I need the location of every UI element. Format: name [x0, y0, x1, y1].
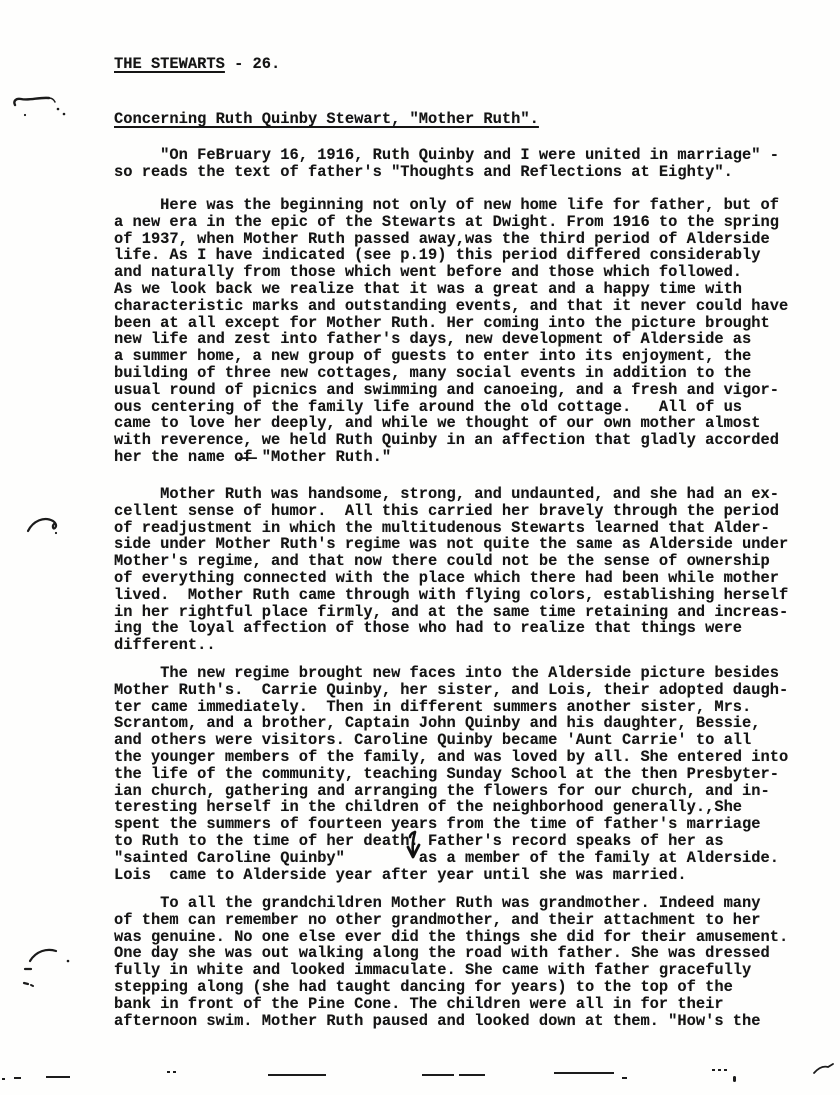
scan-artifact: [733, 1076, 736, 1082]
handwritten-insertion-arrow-icon: [400, 830, 428, 866]
section-heading: Concerning Ruth Quinby Stewart, "Mother …: [114, 111, 539, 128]
page-header: THE STEWARTS - 26.: [114, 56, 280, 73]
paragraph-4: The new regime brought new faces into th…: [114, 665, 788, 883]
page-number: - 26.: [225, 55, 280, 73]
paragraph-3: Mother Ruth was handsome, strong, and un…: [114, 486, 788, 654]
scan-artifact: [14, 1077, 21, 1079]
scan-artifact: [718, 1069, 721, 1071]
pencil-arc-icon: [18, 938, 80, 992]
scan-artifact: [712, 1069, 715, 1071]
paragraph-1: "On FeBruary 16, 1916, Ruth Quinby and I…: [114, 147, 779, 181]
scan-artifact: [622, 1077, 627, 1079]
section-heading-text: Concerning Ruth Quinby Stewart, "Mother …: [114, 110, 539, 128]
scan-artifact: [268, 1074, 326, 1076]
pencil-squiggle-icon: [8, 88, 72, 132]
scan-artifact: [46, 1076, 70, 1078]
scan-artifact: [724, 1069, 727, 1071]
scan-artifact: [554, 1072, 614, 1074]
scan-artifact: [422, 1074, 454, 1076]
scan-artifact: [459, 1074, 485, 1076]
document-title: THE STEWARTS: [114, 55, 225, 73]
scan-artifact: [167, 1071, 170, 1073]
scan-artifact: [173, 1071, 176, 1073]
paragraph-5: To all the grandchildren Mother Ruth was…: [114, 895, 788, 1029]
scan-artifact-curl: [812, 1060, 836, 1078]
paragraph-2: Here was the beginning not only of new h…: [114, 197, 788, 466]
scan-artifact: [2, 1078, 5, 1080]
pencil-arc-icon: [24, 508, 70, 544]
document-page: THE STEWARTS - 26. Concerning Ruth Quinb…: [0, 0, 840, 1095]
